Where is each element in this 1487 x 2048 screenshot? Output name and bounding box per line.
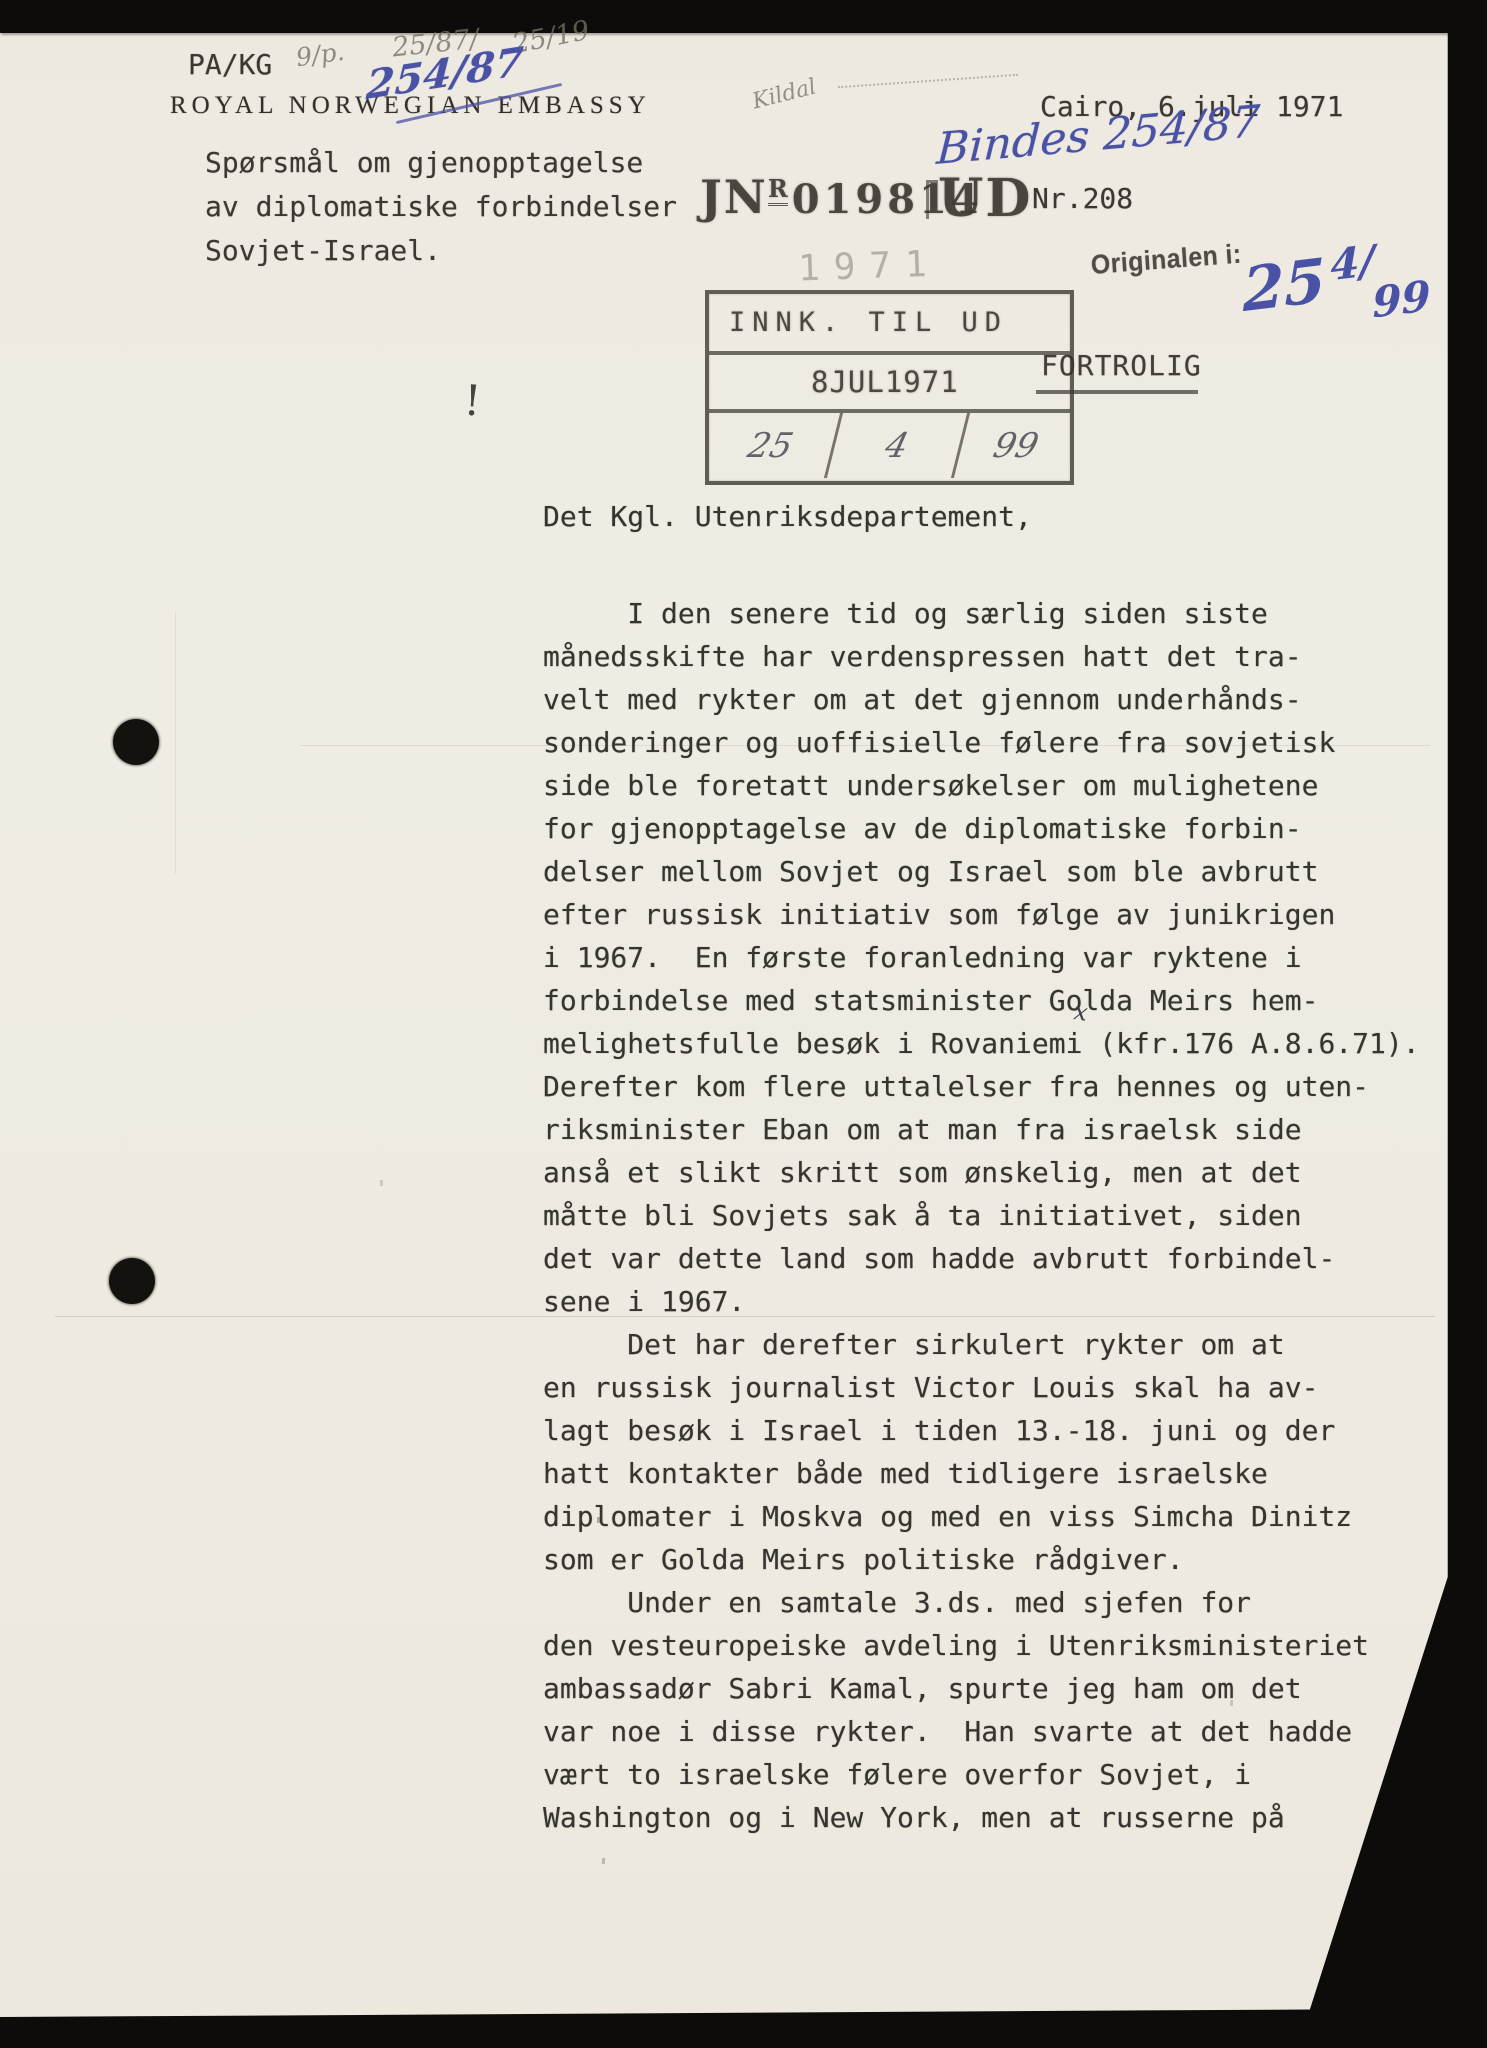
- body-line: Det har derefter sirkulert rykter om at: [543, 1323, 1420, 1366]
- body-line: en russisk journalist Victor Louis skal …: [543, 1366, 1420, 1409]
- punch-hole-bottom: [109, 1258, 155, 1304]
- punch-hole-top: [113, 719, 159, 765]
- journal-prefix: JN: [700, 170, 768, 224]
- body-line: side ble foretatt undersøkelser om mulig…: [543, 764, 1420, 807]
- body-line: diplomater i Moskva og med en viss Simch…: [543, 1495, 1420, 1538]
- subject-line: av diplomatiske forbindelser: [205, 190, 677, 223]
- body-line: Derefter kom flere uttalelser fra hennes…: [543, 1065, 1420, 1108]
- body-line: velt med rykter om at det gjennom underh…: [543, 678, 1420, 721]
- scan-edge-bottom: [0, 2005, 1487, 2048]
- letter-body: I den senere tid og særlig siden siste m…: [543, 592, 1420, 1839]
- fortrolig-classification: FORTROLIG: [1041, 349, 1202, 382]
- case-number-numerator: 4/: [1330, 236, 1375, 291]
- body-line: for gjenopptagelse av de diplomatiske fo…: [543, 807, 1420, 850]
- case-number-main: 25: [1242, 246, 1326, 327]
- received-stamp-cells-row: 25 4 99: [709, 413, 1070, 478]
- salutation: Det Kgl. Utenriksdepartement,: [543, 500, 1032, 533]
- journal-superscript: R: [768, 174, 788, 206]
- body-line: vært to israelske følere overfor Sovjet,…: [543, 1753, 1420, 1796]
- ud-stamp: UD: [938, 168, 1032, 229]
- document-number: Nr.208: [1032, 182, 1133, 215]
- pencil-note: 9/p.: [294, 37, 346, 72]
- body-line: hatt kontakter både med tidligere israel…: [543, 1452, 1420, 1495]
- subject-line: Spørsmål om gjenopptagelse: [205, 146, 643, 179]
- body-line: ambassadør Sabri Kamal, spurte jeg ham o…: [543, 1667, 1420, 1710]
- received-stamp-title-row: INNK. TIL UD: [709, 294, 1070, 355]
- fold-crease: [175, 612, 176, 874]
- received-stamp-title: INNK. TIL UD: [729, 307, 1008, 338]
- received-stamp-date: 8JUL1971: [811, 365, 959, 399]
- received-stamp-date-row: 8JUL1971: [709, 355, 1070, 413]
- received-stamp-cell: 4: [827, 413, 970, 478]
- received-stamp-cell: 25: [701, 413, 843, 478]
- case-number-denominator: 99: [1372, 271, 1431, 327]
- faint-dotted-line: [838, 74, 1018, 89]
- received-stamp-cell: 99: [954, 413, 1078, 478]
- handwritten-case-number: 25 4/ 99: [1242, 228, 1439, 326]
- kildal-stamp: Kildal: [750, 75, 819, 115]
- body-line: Under en samtale 3.ds. med sjefen for: [543, 1581, 1420, 1624]
- body-line: lagt besøk i Israel i tiden 13.-18. juni…: [543, 1409, 1420, 1452]
- subject-line: Sovjet-Israel.: [205, 234, 441, 267]
- body-line: forbindelse med statsminister Golda Meir…: [543, 979, 1420, 1022]
- body-line: Washington og i New York, men at russern…: [543, 1796, 1420, 1839]
- ud-stamp-bracket: [926, 180, 938, 219]
- body-line: I den senere tid og særlig siden siste: [543, 592, 1420, 635]
- body-line: måtte bli Sovjets sak å ta initiativet, …: [543, 1194, 1420, 1237]
- scanned-letter-page: PA/KG ROYAL NORWEGIAN EMBASSY Spørsmål o…: [0, 0, 1487, 2048]
- body-line: delser mellom Sovjet og Israel som ble a…: [543, 850, 1420, 893]
- body-line: sonderinger og uoffisielle følere fra so…: [543, 721, 1420, 764]
- body-line: melighetsfulle besøk i Rovaniemi (kfr.17…: [543, 1022, 1420, 1065]
- body-line: den vesteuropeiske avdeling i Utenriksmi…: [543, 1624, 1420, 1667]
- body-line: anså et slikt skritt som ønskelig, men a…: [543, 1151, 1420, 1194]
- body-line: det var dette land som hadde avbrutt for…: [543, 1237, 1420, 1280]
- pen-exclamation-mark: !: [462, 375, 482, 425]
- originalen-stamp: Originalen i:: [1090, 239, 1243, 281]
- fortrolig-underline: [1036, 390, 1198, 394]
- body-line: i 1967. En første foranledning var rykte…: [543, 936, 1420, 979]
- body-line: var noe i disse rykter. Han svarte at de…: [543, 1710, 1420, 1753]
- body-line: som er Golda Meirs politiske rådgiver.: [543, 1538, 1420, 1581]
- received-stamp-box: INNK. TIL UD 8JUL1971 25 4 99: [705, 290, 1074, 485]
- body-line: månedsskifte har verdenspressen hatt det…: [543, 635, 1420, 678]
- reference-code: PA/KG: [188, 48, 272, 81]
- body-line: riksminister Eban om at man fra israelsk…: [543, 1108, 1420, 1151]
- body-line: sene i 1967.: [543, 1280, 1420, 1323]
- faint-year-stamp: 1971: [797, 244, 941, 290]
- scan-edge-top: [0, 0, 1487, 33]
- body-line: efter russisk initiativ som følge av jun…: [543, 893, 1420, 936]
